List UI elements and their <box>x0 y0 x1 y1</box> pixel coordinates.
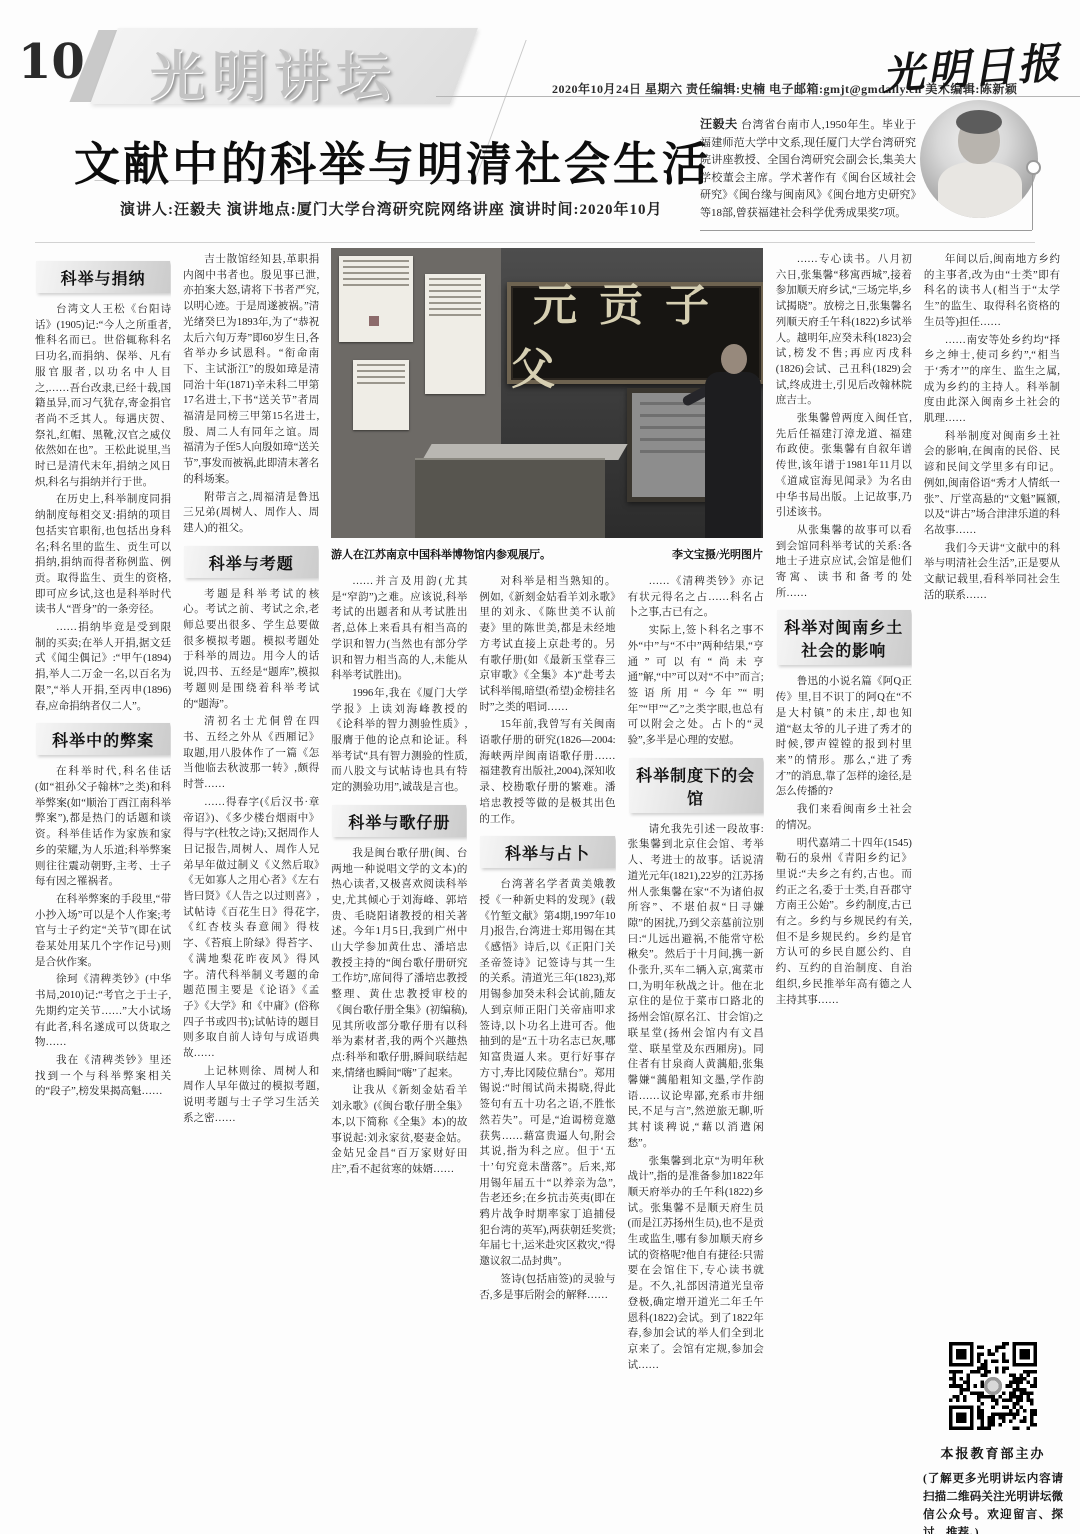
body-paragraph: 清初名士尤侗曾在四书、五经之外从《西厢记》取题,用八股体作了一篇《怎当他临去秋波… <box>183 714 319 793</box>
body-paragraph: 年间以后,闽南地方乡约的主事者,改为由“士类”即有科名的读书人(相当于“太学生”… <box>924 252 1060 331</box>
bio-connector-line <box>700 230 1032 231</box>
section-heading: 科举与歌仔册 <box>332 805 466 837</box>
body-paragraph: 我们今天讲“文献中的科举与明清社会生活”,正是要从文献记载里,看科举同社会生活的… <box>924 541 1060 604</box>
body-paragraph: ……并言及用韵(尤其是“窄韵”)之难。应该说,科举考试的出题者和从考试胜出者,总… <box>331 574 467 684</box>
speaker-name: 汪毅夫 <box>700 117 738 131</box>
photo-scroll <box>425 274 485 394</box>
body-paragraph: ……南安等处乡约均“择乡之绅士,使司乡约”,“相当于‘秀才’”的庠生、监生之属,… <box>924 333 1060 427</box>
article-byline: 演讲人:汪毅夫 演讲地点:厦门大学台湾研究院网络讲座 演讲时间:2020年10月 <box>120 198 663 219</box>
body-paragraph: 在科举时代,科名佳话(如“祖孙父子翰林”之类)和科举弊案(如“顺治丁酉江南科举弊… <box>35 764 171 890</box>
body-paragraph: 15年前,我曾写有关闽南语歌仔册的研究(1826—2004:海峡两岸闽南语歌仔册… <box>479 717 615 827</box>
body-paragraph: 上记林则徐、周树人和周作人早年做过的模拟考题,说明考题与士子学习生活关系之密…… <box>183 1064 319 1127</box>
body-paragraph: 张集馨曾两度入闽任官,先后任福建汀漳龙道、福建布政使。张集馨有自叙年谱传世,该年… <box>776 411 912 521</box>
body-paragraph: ……《清稗类钞》亦记有状元得名之占……科名占卜之事,古已有之。 <box>628 574 764 621</box>
body-paragraph: 请允我先引述一段故事:张集馨到北京住会馆、考举人、考进士的故事。话说清道光元年(… <box>628 822 764 1152</box>
qr-code <box>949 1342 1037 1430</box>
photo-display-case <box>427 444 623 538</box>
qr-block: 本报教育部主办 (了解更多光明讲坛内容请扫描二维码关注光明讲坛微信公众号。欢迎留… <box>923 1342 1063 1534</box>
section-heading: 科举与占卜 <box>480 836 614 868</box>
speaker-portrait <box>920 100 1038 218</box>
body-paragraph: 在科举弊案的手段里,“带小抄入场”可以是个人作案;考官与士子约定“关节”(即在试… <box>35 892 171 971</box>
body-paragraph: 从张集馨的故事可以看到会馆同科举考试的关系:各地士子进京应试,会馆是他们寄寓、读… <box>776 523 912 602</box>
bio-connector-stub <box>1032 174 1033 230</box>
body-paragraph: 考题是科举考试的核心。考试之前、考试之余,老师总要出很多、学生总要做很多模拟考题… <box>183 587 319 713</box>
body-paragraph: 我们来看闽南乡土社会的情况。 <box>776 802 912 833</box>
photo-document <box>353 360 409 430</box>
body-paragraph: 台湾著名学者黄美娥教授《一种新史料的发现》(载《竹堑文献》第4期,1997年10… <box>479 877 615 1270</box>
section-heading: 科举中的弊案 <box>36 723 170 755</box>
body-paragraph: 对科举是相当熟知的。例如,《新刻金姑看羊刘永歌》里的刘永、《陈世美不认前妻》里的… <box>479 574 615 715</box>
body-paragraph: ……捐纳毕竟是受到限制的买卖;在举人开捐,据文廷式《闻尘偶记》:“甲午(1894… <box>35 620 171 714</box>
bio-connector-dot <box>1026 160 1041 175</box>
body-paragraph: ……专心读书。八月初六日,张集馨“移寓西城”,接着参加顺天府乡试,“三场完毕,乡… <box>776 252 912 409</box>
body-paragraph: ……得春字(《后汉书·章帝诏》)、《多少楼台烟雨中》得与字(杜牧之诗);又据周作… <box>183 795 319 1062</box>
section-name: 光明讲坛 <box>150 34 398 111</box>
section-heading: 科举与捐纳 <box>36 261 170 293</box>
col-1: 科举与捐纳台湾文人王松《台阳诗话》(1905)记:“今人之所重者,惟科名而已。世… <box>35 252 171 1520</box>
photo-credit: 李文宝摄/光明图片 <box>672 546 763 562</box>
headline-separator <box>35 242 1035 243</box>
body-paragraph: 签诗(包括庙签)的灵验与否,多是事后附会的解释…… <box>479 1272 615 1303</box>
body-paragraph: 科举制度对闽南乡土社会的影响,在闽南的民俗、民谚和民间文学里多有印记。例如,闽南… <box>924 429 1060 539</box>
body-paragraph: 实际上,签卜科名之事不外“中”与“不中”两种结果,“亨通”可以有“尚未亨通”解,… <box>628 623 764 749</box>
body-paragraph: 我在《清稗类钞》里还找到一个与科举弊案相关的“段子”,榜发果揭高魁…… <box>35 1053 171 1100</box>
body-paragraph: 徐珂《清稗类钞》(中华书局,2010)记:“考官之于士子,先期约定关节……”大小… <box>35 972 171 1051</box>
masthead-rule <box>436 96 1080 97</box>
photo-document <box>339 256 413 342</box>
body-paragraph: 明代嘉靖二十四年(1545)勒石的泉州《青阳乡约记》里说:“夫乡之有约,古也。而… <box>776 836 912 1009</box>
body-paragraph: 在历史上,科举制度同捐纳制度每相交叉:捐纳的项目包括实官职衔,也包括出身科名;科… <box>35 492 171 618</box>
body-paragraph: 让我从《新刻金姑看羊刘永歌》(《闽台歌仔册全集》本,以下简称《全集》本)的故事说… <box>331 1083 467 1177</box>
col-6: ……专心读书。八月初六日,张集馨“移寓西城”,接着参加顺天府乡试,“三场完毕,乡… <box>776 252 912 1520</box>
speaker-bio: 汪毅夫 台湾省台南市人,1950年生。毕业于福建师范大学中文系,现任厦门大学台湾… <box>700 116 916 222</box>
speaker-bio-text: 台湾省台南市人,1950年生。毕业于福建师范大学中文系,现任厦门大学台湾研究院讲… <box>700 119 916 219</box>
organizer-label: 本报教育部主办 <box>923 1443 1063 1462</box>
col-7: 年间以后,闽南地方乡约的主事者,改为由“士类”即有科名的读书人(相当于“太学生”… <box>924 252 1060 1520</box>
body-paragraph: 我是闽台歌仔册(闽、台两地一种说唱文学的文本)的热心读者,又极喜欢阅读科举史,尤… <box>331 846 467 1082</box>
body-paragraph: 附带言之,周福清是鲁迅三兄弟(周树人、周作人、周建人)的祖父。 <box>183 490 319 537</box>
body-paragraph: 1996年,我在《厦门大学学报》上读刘海峰教授的《论科举的智力测验性质》,服膺于… <box>331 686 467 796</box>
body-paragraph: 鲁迅的小说名篇《阿Q正传》里,目不识丁的阿Q在“不是大村镇”的未庄,却也知道“赵… <box>776 674 912 800</box>
portrait-hair <box>956 110 1002 134</box>
section-heading: 科举制度下的会馆 <box>629 758 763 813</box>
photo-caption: 游人在江苏南京中国科举博物馆内参观展厅。 <box>331 546 551 562</box>
museum-photo: 元贡子父 <box>331 248 763 538</box>
body-paragraph: 台湾文人王松《台阳诗话》(1905)记:“今人之所重者,惟科名而已。世俗辄称科名… <box>35 302 171 490</box>
article-photo-block: 元贡子父 游人在江苏南京中国科举博物馆内参观展厅。 李文宝摄/光明图片 <box>331 248 763 562</box>
photo-visitor <box>697 344 761 538</box>
body-paragraph: 吉士散馆经知县,革职捐内阁中书者也。殷见事已泄,亦拍案大怒,请将下书者严究,以明… <box>183 252 319 488</box>
newspaper-page: 10 光明讲坛 2020年10月24日 星期六 责任编辑:史楠 电子邮箱:gmj… <box>0 0 1080 1534</box>
portrait-shoulders <box>938 162 1022 218</box>
section-heading: 科举与考题 <box>184 546 318 578</box>
page-number: 10 <box>18 34 85 90</box>
newspaper-logo: 光明日报 <box>880 30 1064 102</box>
body-paragraph: 张集馨到北京“为明年秋战计”,指的是准备参加1822年顺天府举办的壬午科(182… <box>628 1154 764 1374</box>
article-title: 文献中的科举与明清社会生活 <box>74 128 711 194</box>
col-2: 吉士散馆经知县,革职捐内阁中书者也。殷见事已泄,亦拍案大怒,请将下书者严究,以明… <box>183 252 319 1520</box>
section-heading: 科举对闽南乡土社会的影响 <box>777 610 911 665</box>
qr-note: (了解更多光明讲坛内容请扫描二维码关注光明讲坛微信公众号。欢迎留言、探讨、推荐。… <box>923 1470 1063 1534</box>
